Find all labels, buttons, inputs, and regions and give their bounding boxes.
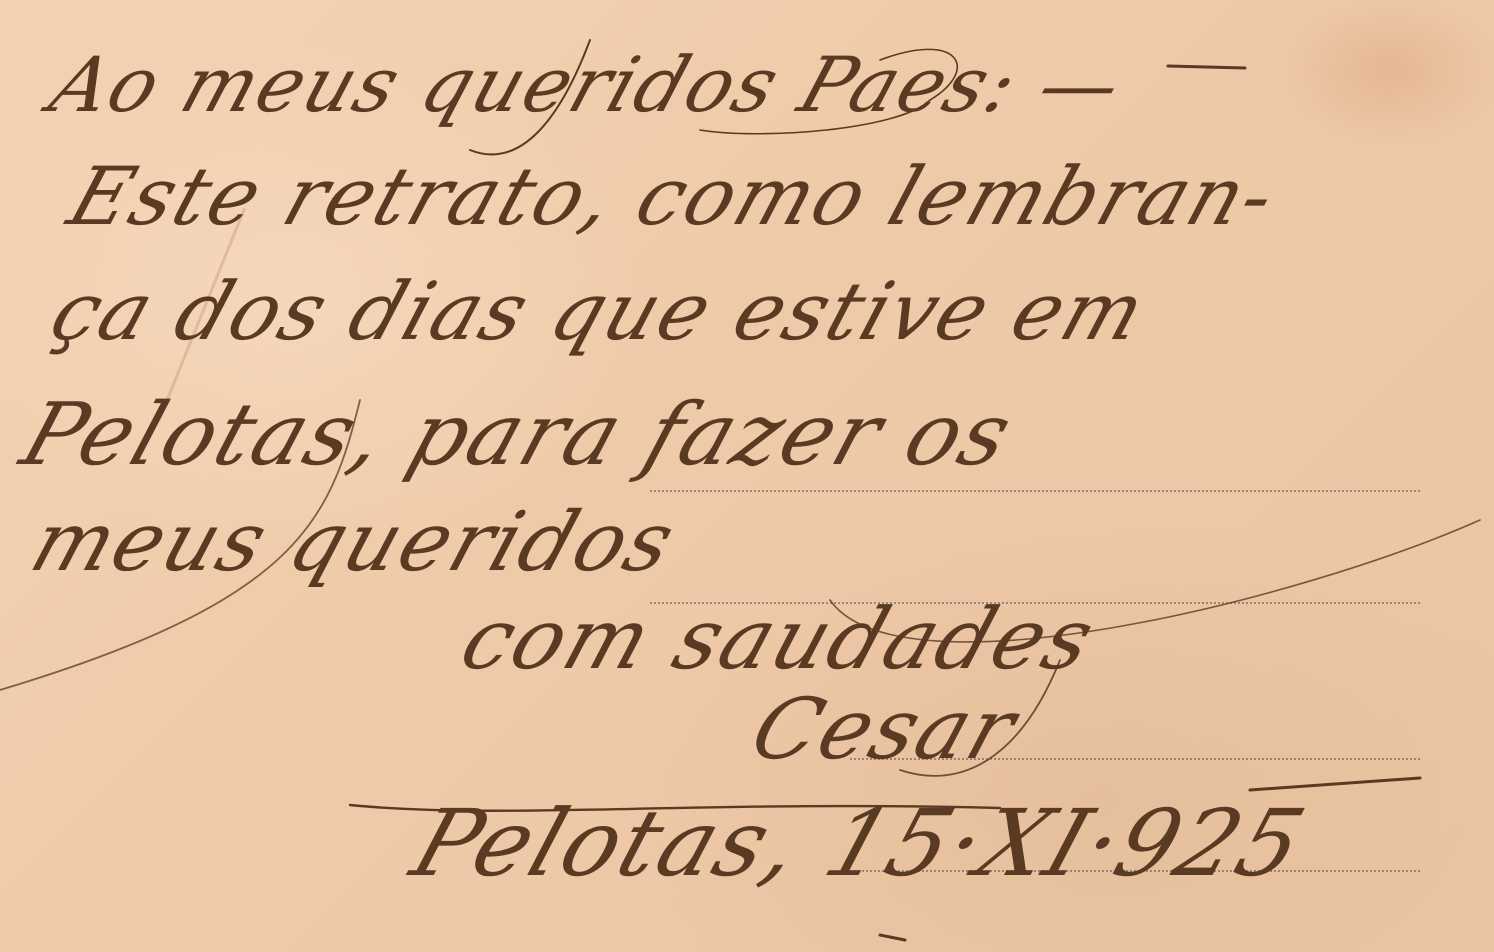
postcard-back: Ao meus queridos Paes: — Este retrato, c… xyxy=(0,0,1494,952)
printed-guide-line-1 xyxy=(650,490,1420,492)
greeting-line: Ao meus queridos Paes: — xyxy=(40,40,1134,129)
body-line-3: Pelotas, para fazer os xyxy=(10,385,1025,485)
place-date-line: Pelotas, 15·XI·925 xyxy=(400,790,1318,897)
closing-line: com saudades xyxy=(450,590,1108,688)
body-line-1: Este retrato, como lembran- xyxy=(58,150,1288,243)
body-line-4: meus queridos xyxy=(20,495,687,590)
signature: Cesar xyxy=(740,680,1029,778)
body-line-2: ça dos dias que estive em xyxy=(40,265,1158,358)
